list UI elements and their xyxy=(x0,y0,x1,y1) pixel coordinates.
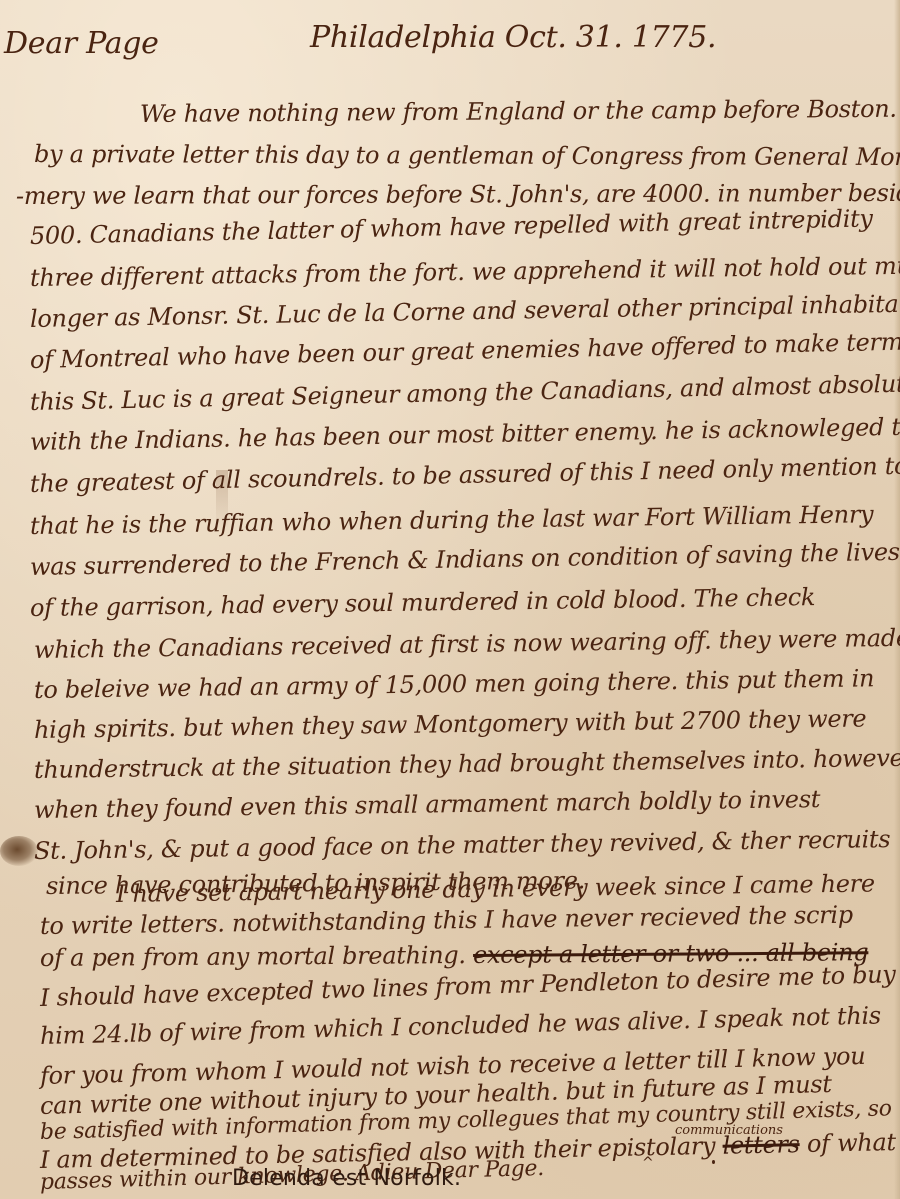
letter-line: of the garrison, had every soul murdered… xyxy=(30,583,816,622)
dateline: Philadelphia Oct. 31. 1775. xyxy=(310,20,716,55)
struck-through-text: letters xyxy=(722,1130,800,1160)
salutation: Dear Page xyxy=(4,26,159,61)
letter-line: by a private letter this day to a gentle… xyxy=(34,140,900,171)
letter-line: St. John's, & put a good face on the mat… xyxy=(34,825,891,865)
letter-line: of Montreal who have been our great enem… xyxy=(30,327,900,374)
letter-line: 500. Canadians the latter of whom have r… xyxy=(30,204,873,250)
letter-line: that he is the ruffian who when during t… xyxy=(30,500,874,540)
letter-line: with the Indians. he has been our most b… xyxy=(30,412,900,456)
letter-line: the greatest of all scoundrels. to be as… xyxy=(30,451,900,498)
letter-line: which the Canadians received at first is… xyxy=(34,624,900,664)
letter-line: when they found even this small armament… xyxy=(34,785,820,824)
closing-motto: Delenda est Norfolk. xyxy=(232,1166,461,1191)
ink-blot xyxy=(0,836,38,866)
letter-line: We have nothing new from England or the … xyxy=(140,95,897,128)
letter-line: high spirits. but when they saw Montgome… xyxy=(34,704,867,744)
letter-line: longer as Monsr. St. Luc de la Corne and… xyxy=(30,289,900,333)
letter-text: of a pen from any mortal breathing. xyxy=(40,941,466,972)
letter-line: three different attacks from the fort. w… xyxy=(30,251,900,292)
letter-line: this St. Luc is a great Seigneur among t… xyxy=(30,369,900,416)
letter-line: was surrendered to the French & Indians … xyxy=(30,538,900,581)
letter-line: him 24.lb of wire from which I concluded… xyxy=(40,1001,881,1050)
letter-line: to beleive we had an army of 15,000 men … xyxy=(34,664,875,704)
letter-text: of what xyxy=(807,1128,896,1158)
letter-line: -mery we learn that our forces before St… xyxy=(16,179,900,210)
letter-line: thunderstruck at the situation they had … xyxy=(34,744,900,784)
ink-dot xyxy=(712,1160,715,1164)
letter-page: Dear Page Philadelphia Oct. 31. 1775. We… xyxy=(0,0,900,1199)
